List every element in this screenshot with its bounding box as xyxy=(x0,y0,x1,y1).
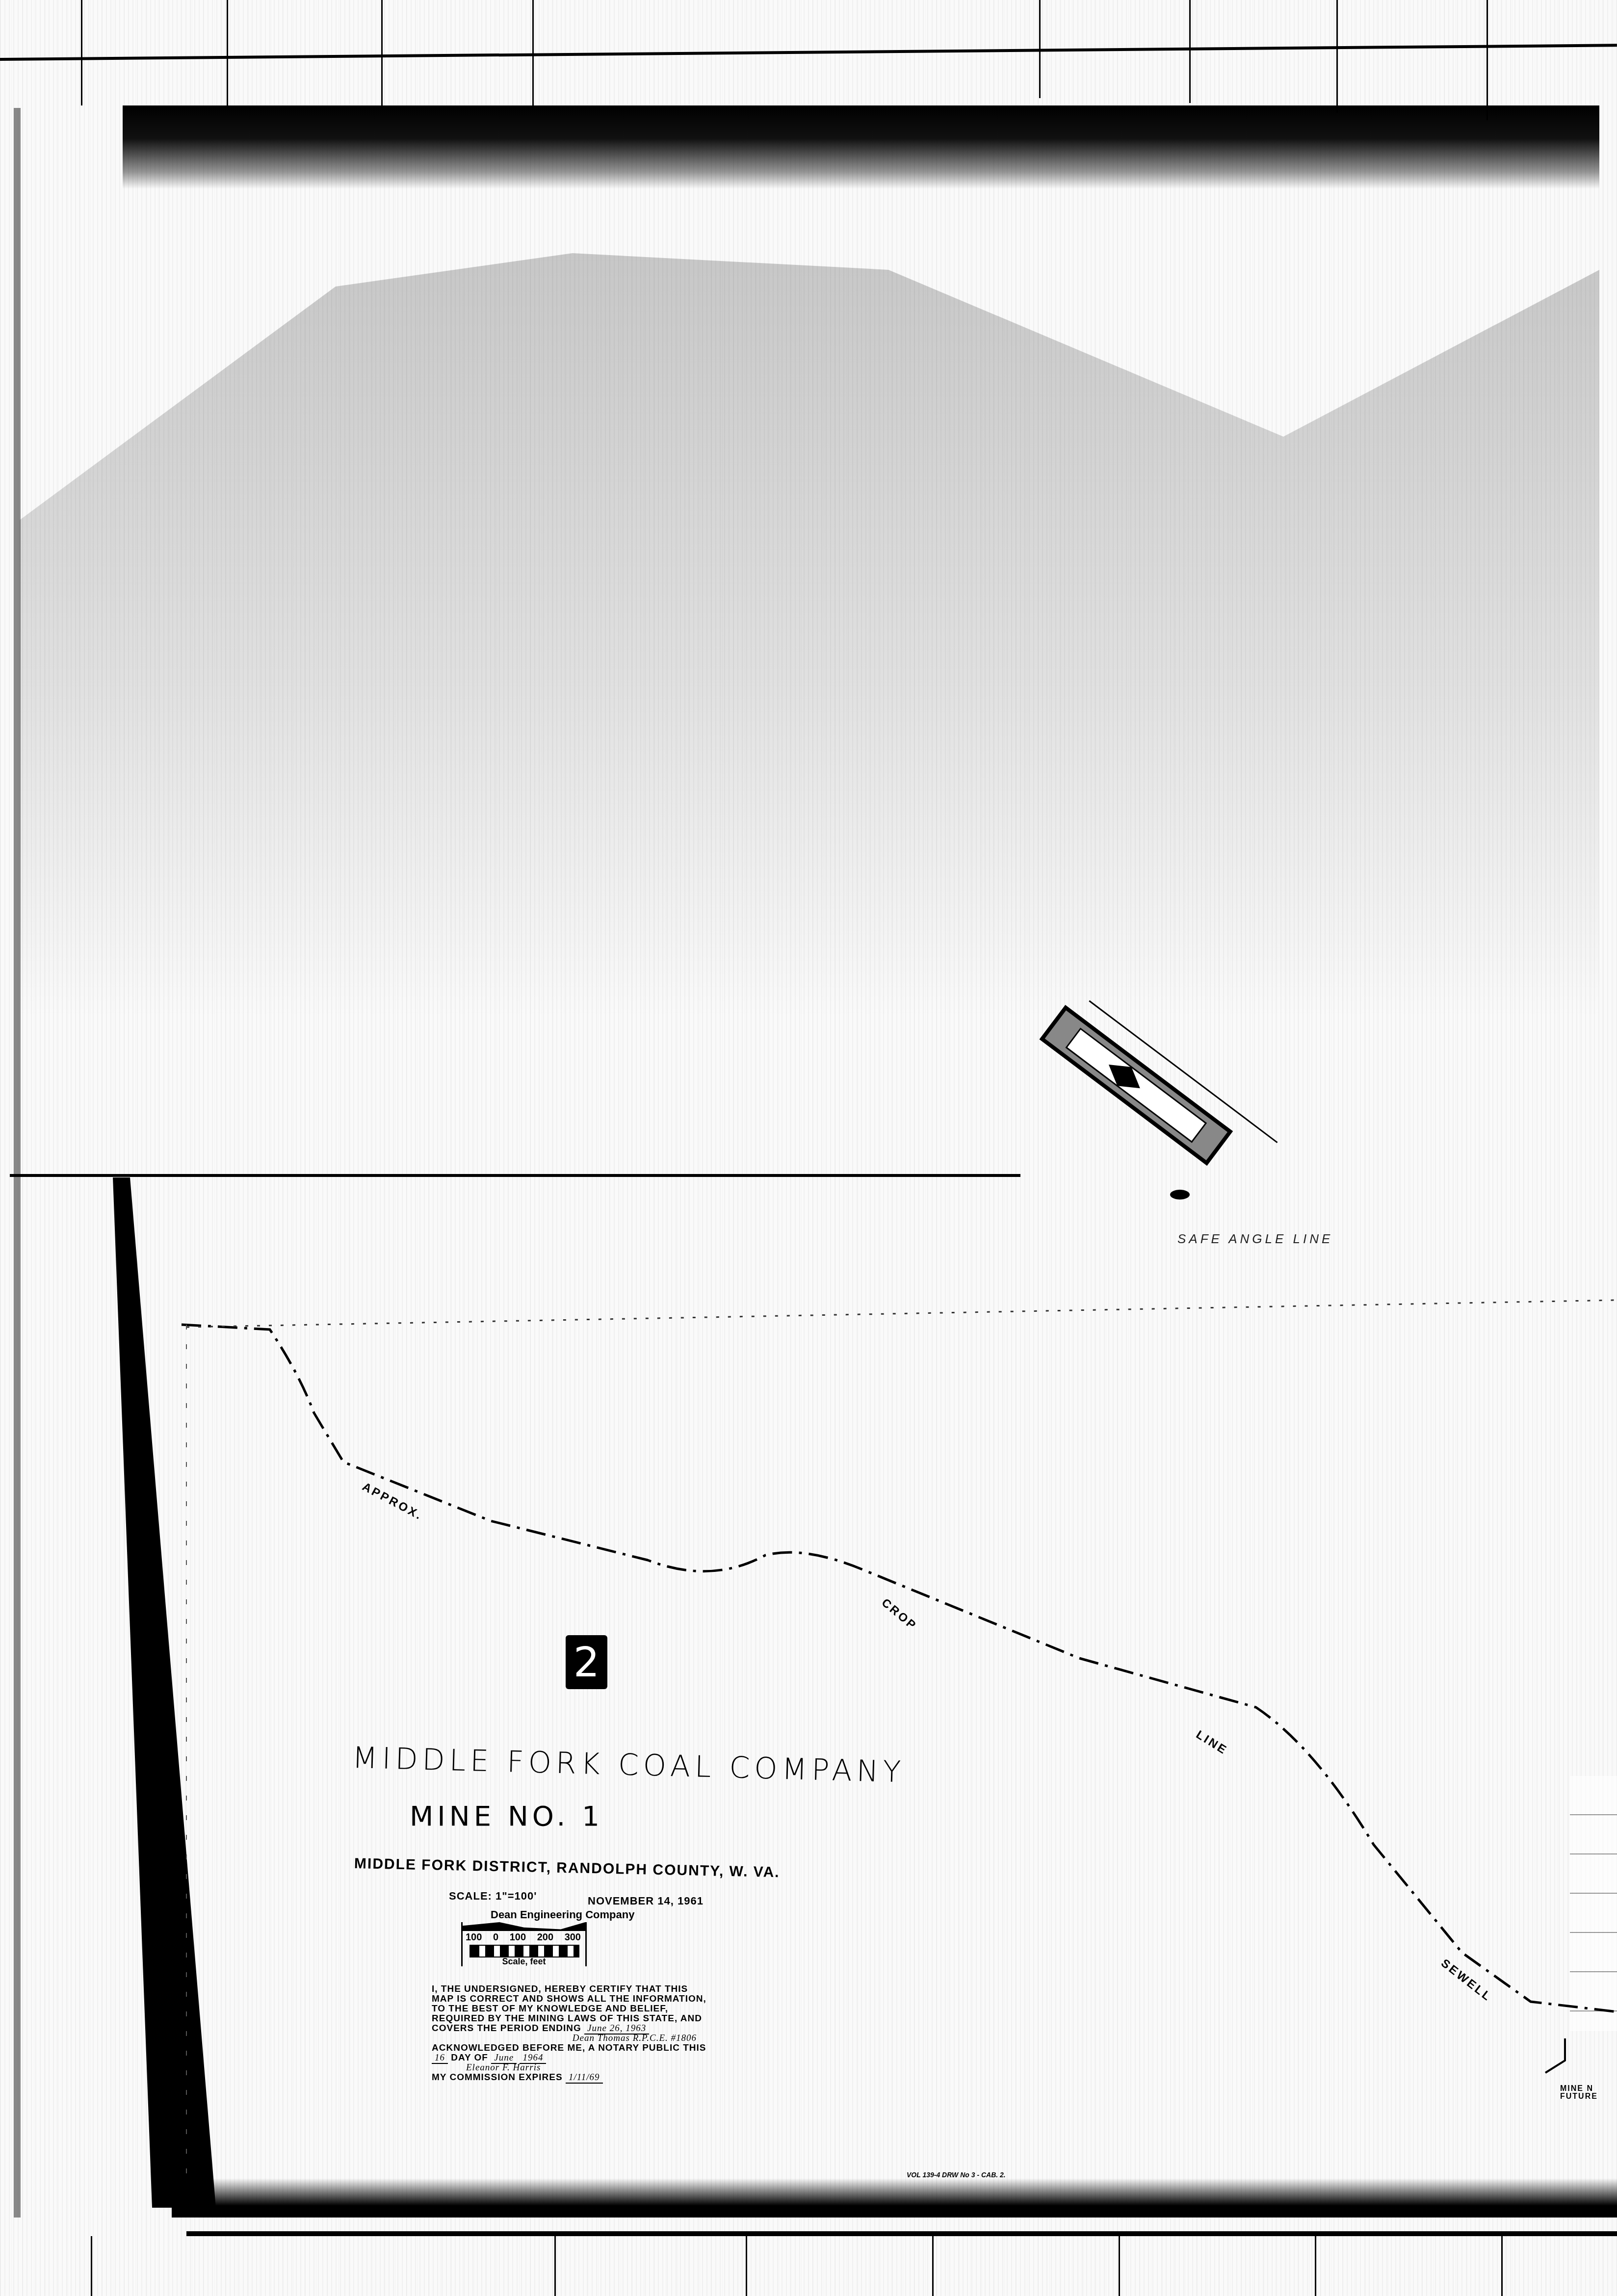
notary-signature: Eleanor F. Harris xyxy=(432,2063,706,2073)
sheet-number-badge: 2 xyxy=(566,1635,607,1689)
traverse-line xyxy=(186,1300,1617,1327)
engineer-signature: Dean Thomas R.P.C.E. #1806 xyxy=(432,2034,706,2043)
scale-tick: 200 xyxy=(537,1932,553,1943)
mine-future-label: MINE N FUTURE xyxy=(1560,2085,1598,2101)
day-of-text: DAY OF xyxy=(451,2053,488,2063)
mine-future-line1: MINE N xyxy=(1560,2085,1593,2093)
scale-tick: 0 xyxy=(493,1932,498,1943)
commission-date: 1/11/69 xyxy=(566,2072,603,2084)
mine-title: MINE NO. 1 xyxy=(410,1800,603,1832)
acknowledgement-text: ACKNOWLEDGED BEFORE ME, A NOTARY PUBLIC … xyxy=(432,2043,706,2053)
scale-bar-ticks: 100 0 100 200 300 xyxy=(466,1932,581,1943)
scale-bar-graphic xyxy=(469,1945,579,1957)
commission-text: MY COMMISSION EXPIRES xyxy=(432,2072,563,2083)
scale-bar-header xyxy=(463,1922,585,1931)
mine-opening-symbol xyxy=(1042,992,1278,1190)
scale-bar: 100 0 100 200 300 Scale, feet xyxy=(461,1922,587,1966)
engineer-name: Dean Engineering Company xyxy=(491,1908,634,1921)
safe-angle-label: SAFE ANGLE LINE xyxy=(1177,1231,1333,1247)
certification-block: I, THE UNDERSIGNED, HEREBY CERTIFY THAT … xyxy=(432,1984,706,2083)
scale-text: SCALE: 1"=100' xyxy=(449,1890,537,1903)
crop-line xyxy=(182,1325,1614,2011)
ink-spot xyxy=(1170,1190,1190,1200)
scale-tick: 100 xyxy=(510,1932,526,1943)
certification-text: I, THE UNDERSIGNED, HEREBY CERTIFY THAT … xyxy=(432,1984,706,2034)
map-sheet: SAFE ANGLE LINE APPROX. CROP LINE SEWELL… xyxy=(0,0,1617,2296)
mine-future-line2: FUTURE xyxy=(1560,2092,1598,2101)
archive-note: VOL 139-4 DRW No 3 - CAB. 2. xyxy=(907,2171,1006,2179)
notary-day: 16 xyxy=(432,2053,448,2064)
scale-tick: 100 xyxy=(466,1932,482,1943)
map-linework xyxy=(0,0,1617,2296)
scale-tick: 300 xyxy=(565,1932,581,1943)
scale-bar-unit: Scale, feet xyxy=(463,1957,585,1967)
map-date: NOVEMBER 14, 1961 xyxy=(588,1895,704,1907)
